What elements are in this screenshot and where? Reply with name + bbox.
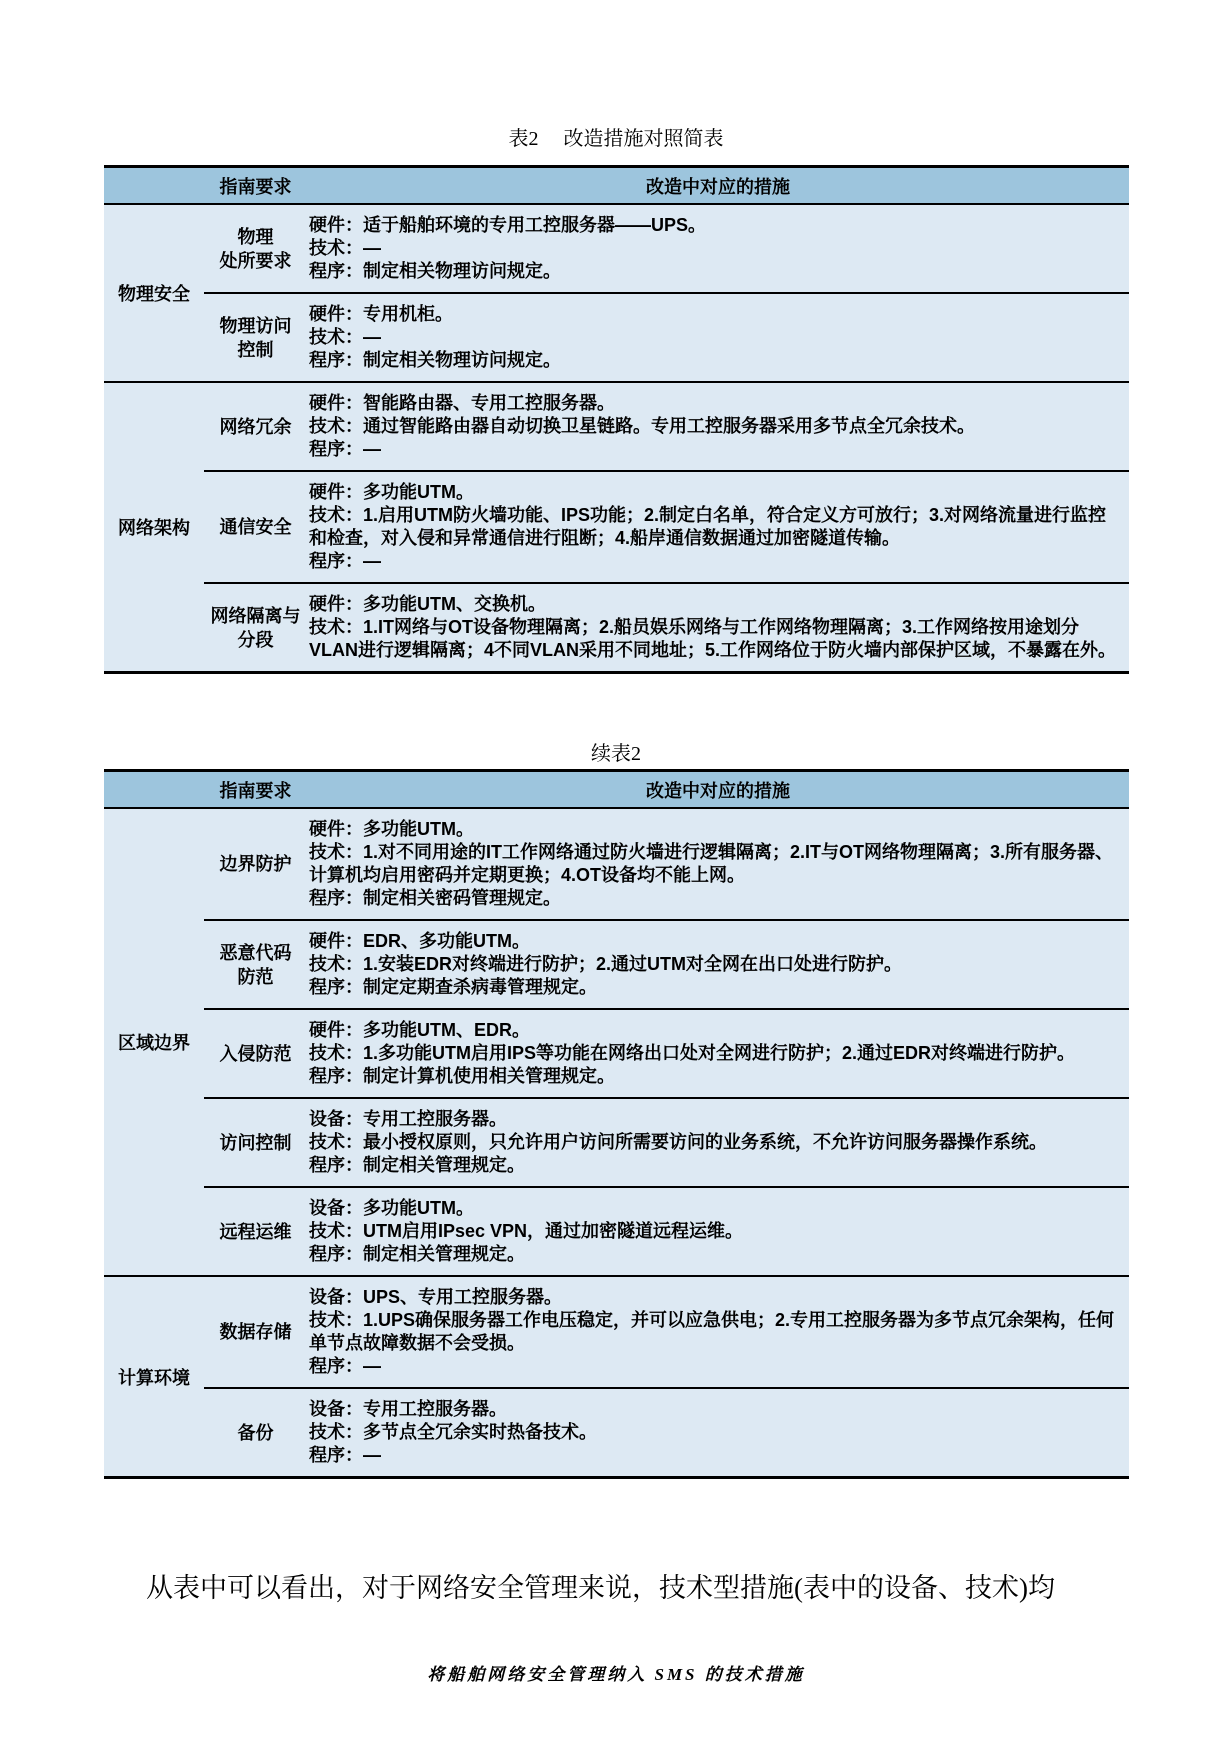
header-cell-requirement: 指南要求 (204, 173, 307, 199)
measure-line: 程序：制定相关管理规定。 (309, 1243, 1121, 1266)
group-rows: 网络冗余硬件：智能路由器、专用工控服务器。技术：通过智能路由器自动切换卫星链路。… (204, 383, 1129, 671)
table-group: 网络架构网络冗余硬件：智能路由器、专用工控服务器。技术：通过智能路由器自动切换卫… (104, 381, 1129, 671)
requirement-cell: 恶意代码 防范 (204, 930, 307, 999)
measures-cell: 设备：多功能UTM。技术：UTM启用IPsec VPN，通过加密隧道远程运维。程… (307, 1197, 1129, 1266)
measure-line: 技术：最小授权原则，只允许用户访问所需要访问的业务系统，不允许访问服务器操作系统… (309, 1131, 1121, 1154)
measure-line: 设备：专用工控服务器。 (309, 1398, 1121, 1421)
measure-line: 设备：UPS、专用工控服务器。 (309, 1286, 1121, 1309)
measure-line: 程序：制定相关密码管理规定。 (309, 887, 1121, 910)
measures-cell: 设备：专用工控服务器。技术：多节点全冗余实时热备技术。程序：— (307, 1398, 1129, 1467)
measure-line: 程序：— (309, 550, 1121, 573)
table-row: 恶意代码 防范硬件：EDR、多功能UTM。技术：1.安装EDR对终端进行防护；2… (204, 919, 1129, 1008)
measure-line: 硬件：多功能UTM。 (309, 818, 1121, 841)
table1-title: 表2 改造措施对照简表 (0, 122, 1232, 151)
measure-line: 技术：1.多功能UTM启用IPS等功能在网络出口处对全网进行防护；2.通过EDR… (309, 1042, 1121, 1065)
measures-cell: 硬件：适于船舶环境的专用工控服务器——UPS。技术：—程序：制定相关物理访问规定… (307, 214, 1129, 283)
measure-line: 技术：1.安装EDR对终端进行防护；2.通过UTM对全网在出口处进行防护。 (309, 953, 1121, 976)
table-row: 远程运维设备：多功能UTM。技术：UTM启用IPsec VPN，通过加密隧道远程… (204, 1186, 1129, 1275)
measure-line: 设备：多功能UTM。 (309, 1197, 1121, 1220)
group-rows: 边界防护硬件：多功能UTM。技术：1.对不同用途的IT工作网络通过防火墙进行逻辑… (204, 809, 1129, 1275)
measure-line: 硬件：多功能UTM、EDR。 (309, 1019, 1121, 1042)
measure-line: 技术：1.启用UTM防火墙功能、IPS功能；2.制定白名单，符合定义方可放行；3… (309, 504, 1121, 550)
header-cell-measures: 改造中对应的措施 (307, 777, 1129, 803)
requirement-cell: 通信安全 (204, 481, 307, 573)
measures-cell: 硬件：专用机柜。技术：—程序：制定相关物理访问规定。 (307, 303, 1129, 372)
table-row: 网络冗余硬件：智能路由器、专用工控服务器。技术：通过智能路由器自动切换卫星链路。… (204, 383, 1129, 470)
measures-cell: 硬件：多功能UTM、EDR。技术：1.多功能UTM启用IPS等功能在网络出口处对… (307, 1019, 1129, 1088)
measure-line: 硬件：多功能UTM、交换机。 (309, 593, 1121, 616)
table-row: 数据存储设备：UPS、专用工控服务器。技术：1.UPS确保服务器工作电压稳定，并… (204, 1277, 1129, 1387)
requirement-cell: 访问控制 (204, 1108, 307, 1177)
table-row: 物理 处所要求硬件：适于船舶环境的专用工控服务器——UPS。技术：—程序：制定相… (204, 205, 1129, 292)
table-row: 边界防护硬件：多功能UTM。技术：1.对不同用途的IT工作网络通过防火墙进行逻辑… (204, 809, 1129, 919)
measure-line: 硬件：专用机柜。 (309, 303, 1121, 326)
requirement-cell: 边界防护 (204, 818, 307, 910)
group-label: 物理安全 (104, 205, 204, 381)
group-label: 计算环境 (104, 1277, 204, 1476)
measure-line: 技术：多节点全冗余实时热备技术。 (309, 1421, 1121, 1444)
document-page: 表2 改造措施对照简表 指南要求改造中对应的措施物理安全物理 处所要求硬件：适于… (0, 0, 1232, 1743)
measure-line: 技术：1.对不同用途的IT工作网络通过防火墙进行逻辑隔离；2.IT与OT网络物理… (309, 841, 1121, 887)
measures-cell: 硬件：智能路由器、专用工控服务器。技术：通过智能路由器自动切换卫星链路。专用工控… (307, 392, 1129, 461)
measures-cell: 设备：专用工控服务器。技术：最小授权原则，只允许用户访问所需要访问的业务系统，不… (307, 1108, 1129, 1177)
measure-line: 设备：专用工控服务器。 (309, 1108, 1121, 1131)
group-label: 网络架构 (104, 383, 204, 671)
requirement-cell: 网络冗余 (204, 392, 307, 461)
group-rows: 物理 处所要求硬件：适于船舶环境的专用工控服务器——UPS。技术：—程序：制定相… (204, 205, 1129, 381)
measures-cell: 硬件：多功能UTM。技术：1.对不同用途的IT工作网络通过防火墙进行逻辑隔离；2… (307, 818, 1129, 910)
table2-continued: 指南要求改造中对应的措施区域边界边界防护硬件：多功能UTM。技术：1.对不同用途… (104, 769, 1129, 1479)
measures-cell: 硬件：多功能UTM、交换机。技术：1.IT网络与OT设备物理隔离；2.船员娱乐网… (307, 593, 1129, 662)
measure-line: 硬件：智能路由器、专用工控服务器。 (309, 392, 1121, 415)
measures-cell: 硬件：多功能UTM。技术：1.启用UTM防火墙功能、IPS功能；2.制定白名单，… (307, 481, 1129, 573)
requirement-cell: 网络隔离与 分段 (204, 593, 307, 662)
measure-line: 硬件：适于船舶环境的专用工控服务器——UPS。 (309, 214, 1121, 237)
table-header-row: 指南要求改造中对应的措施 (104, 168, 1129, 205)
measures-cell: 设备：UPS、专用工控服务器。技术：1.UPS确保服务器工作电压稳定，并可以应急… (307, 1286, 1129, 1378)
requirement-cell: 数据存储 (204, 1286, 307, 1378)
measure-line: 技术：通过智能路由器自动切换卫星链路。专用工控服务器采用多节点全冗余技术。 (309, 415, 1121, 438)
requirement-cell: 物理访问 控制 (204, 303, 307, 372)
requirement-cell: 备份 (204, 1398, 307, 1467)
table-group: 区域边界边界防护硬件：多功能UTM。技术：1.对不同用途的IT工作网络通过防火墙… (104, 809, 1129, 1275)
measure-line: 程序：— (309, 1355, 1121, 1378)
measure-line: 程序：制定相关物理访问规定。 (309, 260, 1121, 283)
requirement-cell: 物理 处所要求 (204, 214, 307, 283)
measure-line: 硬件：EDR、多功能UTM。 (309, 930, 1121, 953)
measures-cell: 硬件：EDR、多功能UTM。技术：1.安装EDR对终端进行防护；2.通过UTM对… (307, 930, 1129, 999)
measure-line: 技术：— (309, 237, 1121, 260)
measure-line: 程序：制定相关管理规定。 (309, 1154, 1121, 1177)
table-row: 入侵防范硬件：多功能UTM、EDR。技术：1.多功能UTM启用IPS等功能在网络… (204, 1008, 1129, 1097)
measure-line: 技术：1.IT网络与OT设备物理隔离；2.船员娱乐网络与工作网络物理隔离；3.工… (309, 616, 1121, 662)
measure-line: 技术：— (309, 326, 1121, 349)
requirement-cell: 入侵防范 (204, 1019, 307, 1088)
measure-line: 程序：— (309, 1444, 1121, 1467)
measure-line: 程序：制定定期查杀病毒管理规定。 (309, 976, 1121, 999)
group-label: 区域边界 (104, 809, 204, 1275)
measure-line: 程序：制定相关物理访问规定。 (309, 349, 1121, 372)
measure-line: 技术：UTM启用IPsec VPN，通过加密隧道远程运维。 (309, 1220, 1121, 1243)
table-row: 网络隔离与 分段硬件：多功能UTM、交换机。技术：1.IT网络与OT设备物理隔离… (204, 582, 1129, 671)
requirement-cell: 远程运维 (204, 1197, 307, 1266)
footer-article-title: 将船舶网络安全管理纳入 SMS 的技术措施 (0, 1660, 1232, 1685)
measure-line: 程序：制定计算机使用相关管理规定。 (309, 1065, 1121, 1088)
table2-continued-title: 续表2 (0, 737, 1232, 766)
table-row: 访问控制设备：专用工控服务器。技术：最小授权原则，只允许用户访问所需要访问的业务… (204, 1097, 1129, 1186)
body-paragraph: 从表中可以看出，对于网络安全管理来说，技术型措施(表中的设备、技术)均 (104, 1571, 1144, 1605)
table-row: 通信安全硬件：多功能UTM。技术：1.启用UTM防火墙功能、IPS功能；2.制定… (204, 470, 1129, 582)
measure-line: 程序：— (309, 438, 1121, 461)
measure-line: 硬件：多功能UTM。 (309, 481, 1121, 504)
table-header-row: 指南要求改造中对应的措施 (104, 772, 1129, 809)
header-cell-measures: 改造中对应的措施 (307, 173, 1129, 199)
group-rows: 数据存储设备：UPS、专用工控服务器。技术：1.UPS确保服务器工作电压稳定，并… (204, 1277, 1129, 1476)
table-row: 物理访问 控制硬件：专用机柜。技术：—程序：制定相关物理访问规定。 (204, 292, 1129, 381)
header-cell-requirement: 指南要求 (204, 777, 307, 803)
table1: 指南要求改造中对应的措施物理安全物理 处所要求硬件：适于船舶环境的专用工控服务器… (104, 165, 1129, 674)
table-row: 备份设备：专用工控服务器。技术：多节点全冗余实时热备技术。程序：— (204, 1387, 1129, 1476)
table-group: 物理安全物理 处所要求硬件：适于船舶环境的专用工控服务器——UPS。技术：—程序… (104, 205, 1129, 381)
measure-line: 技术：1.UPS确保服务器工作电压稳定，并可以应急供电；2.专用工控服务器为多节… (309, 1309, 1121, 1355)
table-group: 计算环境数据存储设备：UPS、专用工控服务器。技术：1.UPS确保服务器工作电压… (104, 1275, 1129, 1476)
